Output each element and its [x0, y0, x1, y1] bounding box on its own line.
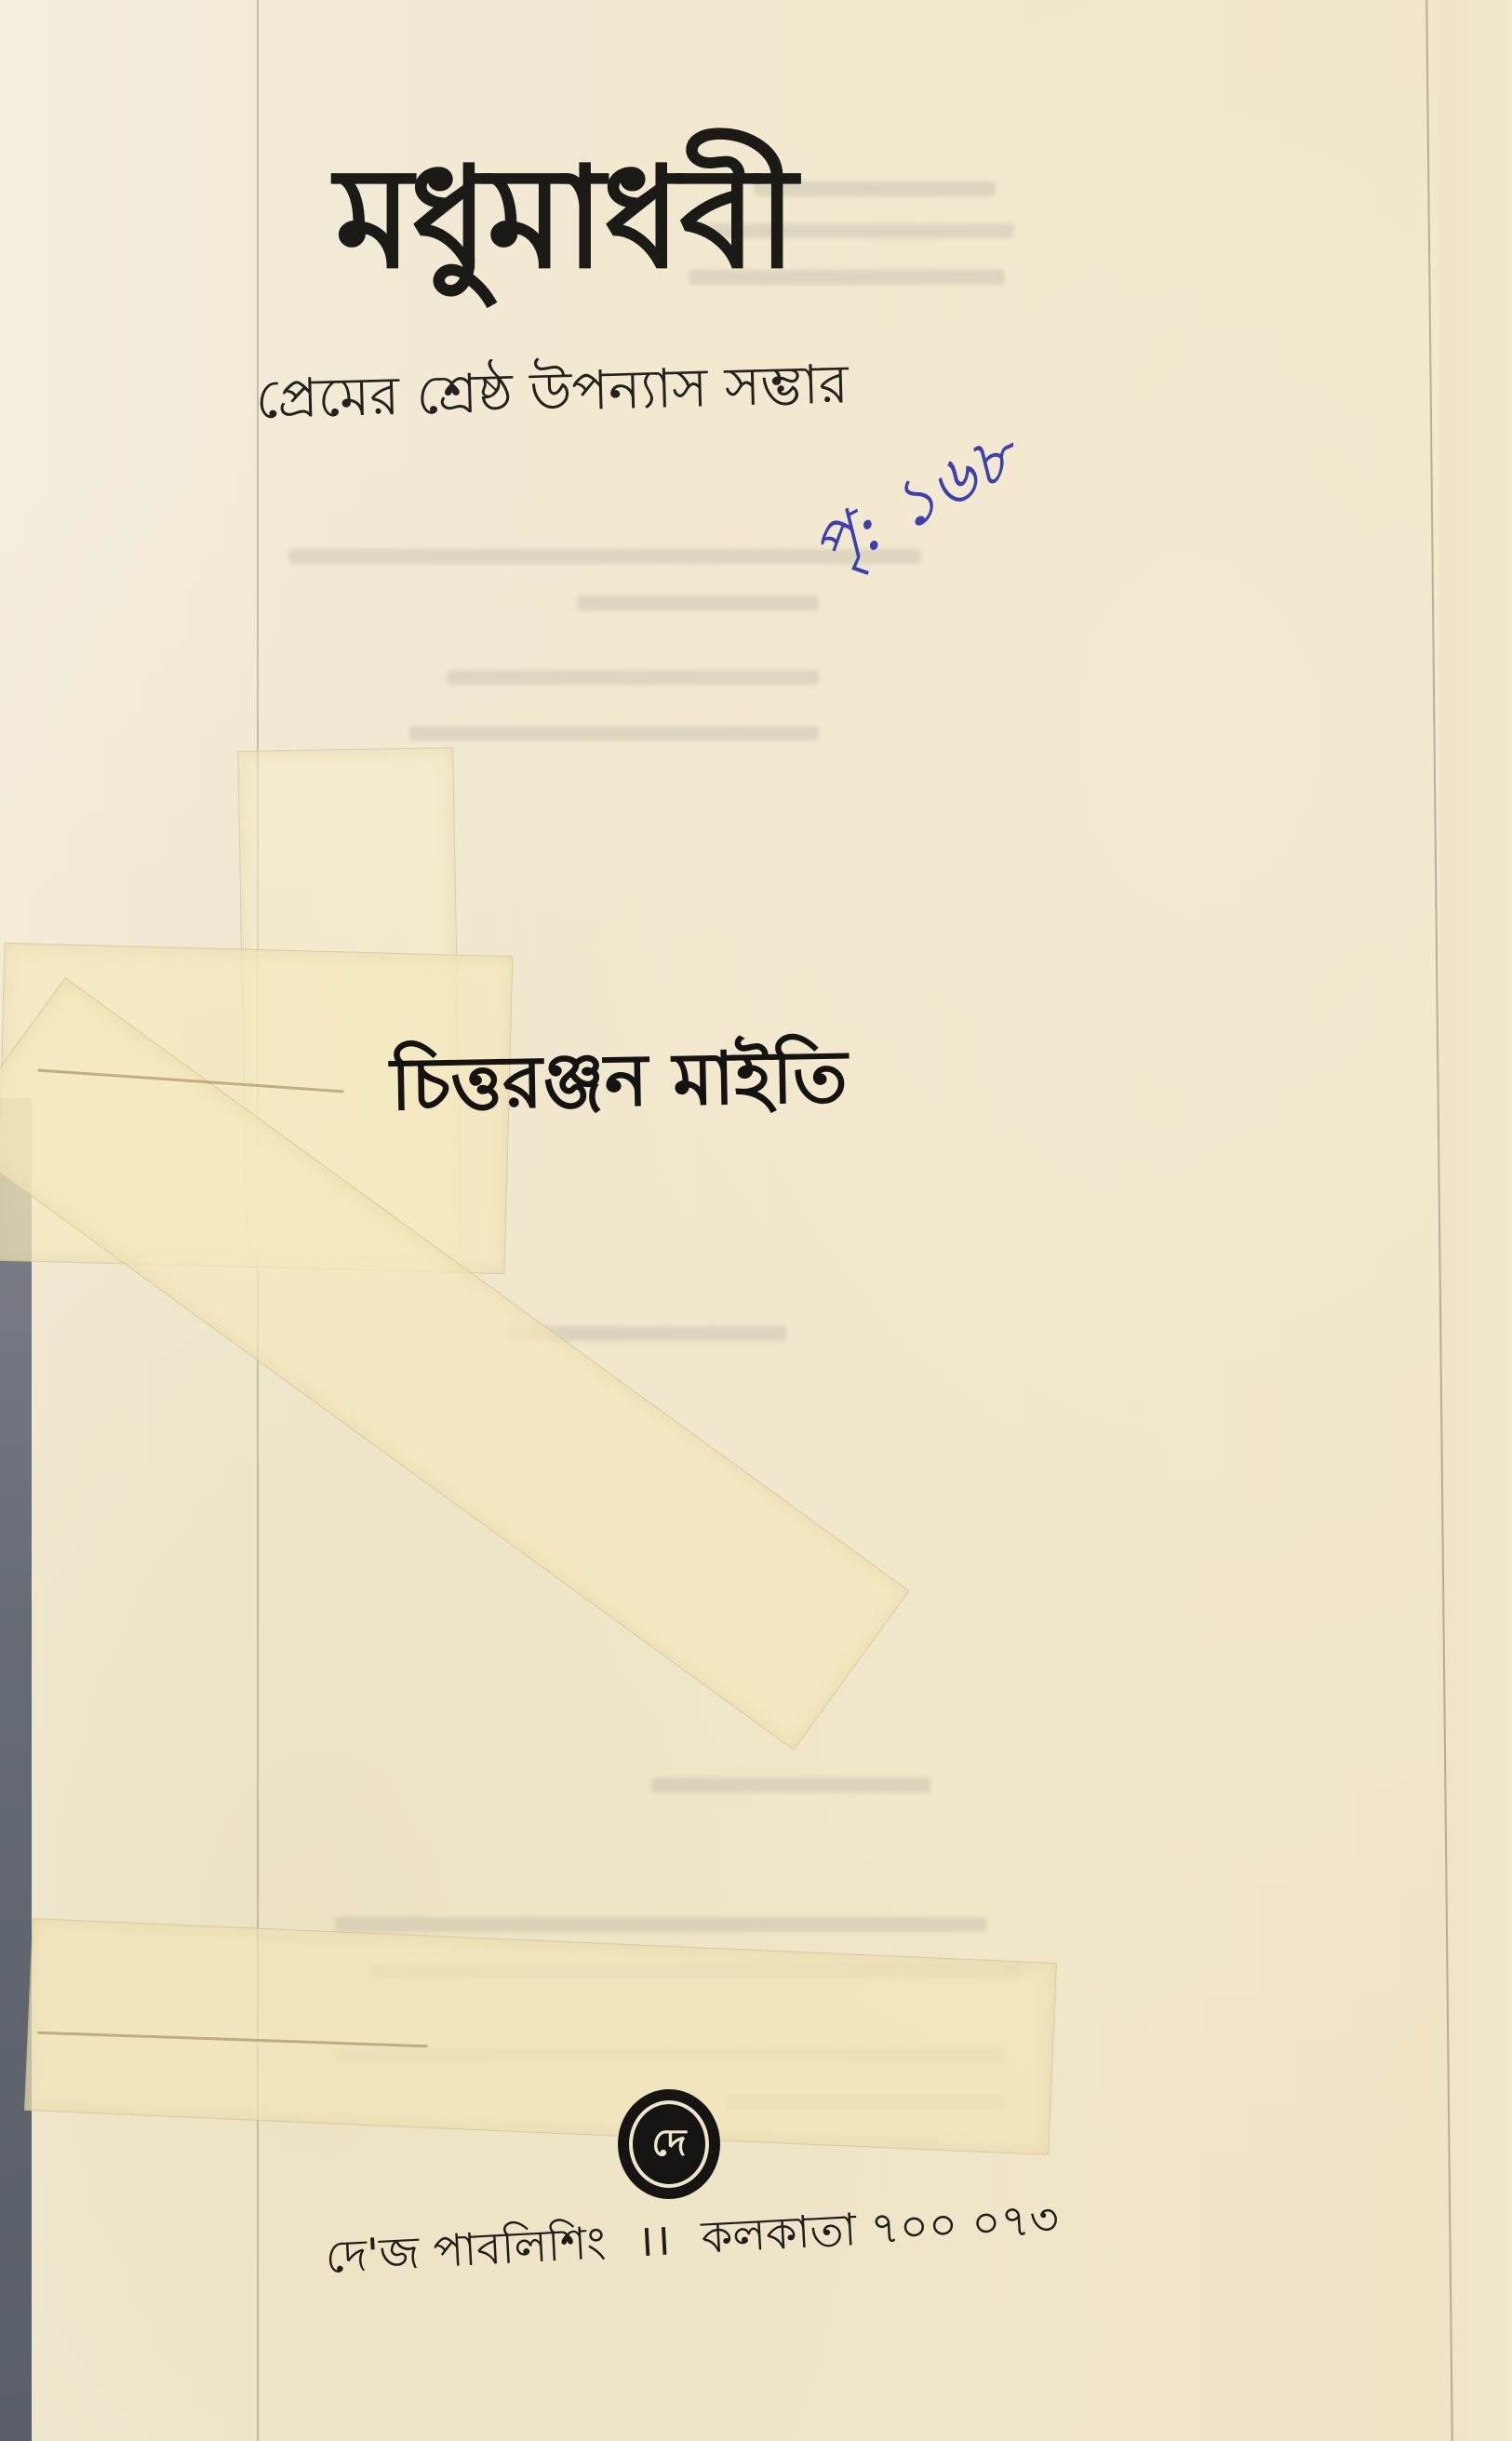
publisher-logo-icon: দে — [618, 2089, 720, 2199]
publisher-pin: ৭০০ ০৭৩ — [869, 2193, 1060, 2256]
publisher-name: দে'জ পাবলিশিং — [324, 2217, 607, 2284]
scanned-title-page: মধুমাধবী প্রেমের শ্রেষ্ঠ উপন্যাস সম্ভার … — [0, 0, 1512, 2441]
imprint-separator: ।। — [636, 2214, 672, 2268]
show-through-text — [651, 1777, 930, 1792]
publisher-logo-glyph: দে — [629, 2100, 709, 2188]
show-through-text — [577, 596, 819, 610]
book-subtitle: প্রেমের শ্রেষ্ঠ উপন্যাস সম্ভার — [255, 342, 850, 449]
author-name: চিত্তরঞ্জন মাইতি — [390, 1020, 849, 1149]
publisher-imprint: দে'জ পাবলিশিং ।। কলকাতা ৭০০ ০৭৩ — [324, 2186, 1061, 2298]
show-through-text — [447, 670, 819, 685]
page-edge-strip — [1439, 0, 1512, 2441]
handwritten-page-note: পৃ: ১৬৮ — [793, 406, 1039, 608]
book-title: মধুমাধবী — [335, 149, 796, 288]
book-spine-edge — [0, 1098, 32, 2441]
publisher-city: কলকাতা — [700, 2204, 857, 2264]
show-through-text — [409, 726, 819, 741]
show-through-text — [335, 1917, 986, 1932]
